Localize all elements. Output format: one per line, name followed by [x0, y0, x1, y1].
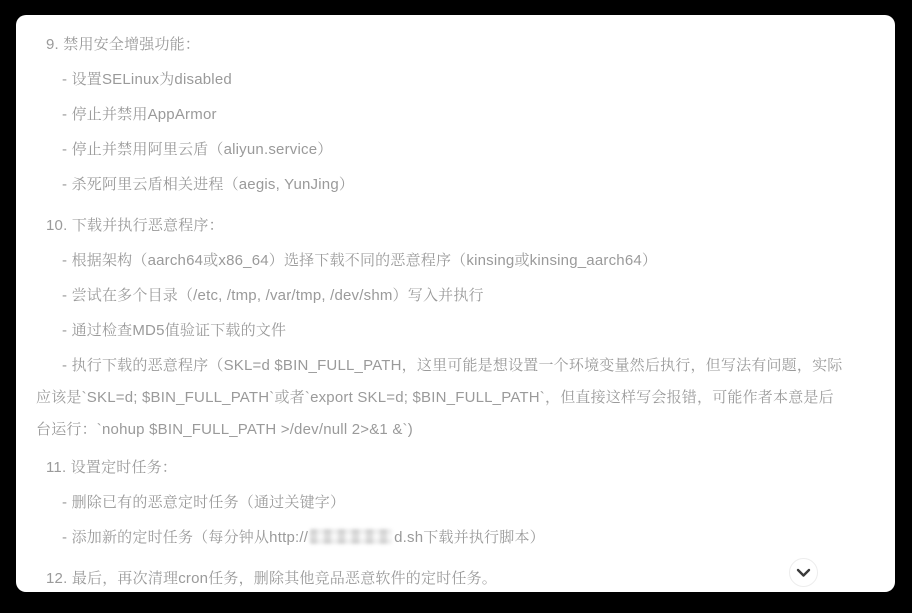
chevron-down-icon [796, 568, 811, 578]
text-line: 12. 最后，再次清理cron任务，删除其他竞品恶意软件的定时任务。 [46, 568, 881, 589]
text-line: - 杀死阿里云盾相关进程（aegis, YunJing） [62, 174, 881, 195]
redacted-line-prefix: - 添加新的定时任务（每分钟从http:// [62, 529, 308, 546]
text-line: - 执行下载的恶意程序（SKL=d $BIN_FULL_PATH，这里可能是想设… [36, 355, 881, 376]
text-line: - 设置SELinux为disabled [62, 69, 881, 90]
text-line: 11. 设置定时任务： [46, 457, 881, 478]
text-line: - 尝试在多个目录（/etc, /tmp, /var/tmp, /dev/shm… [62, 285, 881, 306]
text-line: 10. 下载并执行恶意程序： [46, 215, 881, 236]
text-line: - 停止并禁用AppArmor [62, 104, 881, 125]
text-line: - 删除已有的恶意定时任务（通过关键字） [62, 492, 881, 513]
redacted-url-blur [310, 529, 392, 544]
text-line: 9. 禁用安全增强功能： [46, 34, 881, 55]
text-line: - 通过检查MD5值验证下载的文件 [62, 320, 881, 341]
content-card: 9. 禁用安全增强功能：- 设置SELinux为disabled- 停止并禁用A… [16, 15, 895, 592]
text-line: 台运行：`nohup $BIN_FULL_PATH >/dev/null 2>&… [36, 419, 881, 440]
scroll-to-bottom-button[interactable] [789, 558, 818, 587]
text-line: - 添加新的定时任务（每分钟从http://d.sh下载并执行脚本） [62, 527, 881, 548]
text-line: - 停止并禁用阿里云盾（aliyun.service） [62, 139, 881, 160]
redacted-line-suffix: d.sh下载并执行脚本） [394, 529, 545, 546]
text-line: 应该是`SKL=d; $BIN_FULL_PATH`或者`export SKL=… [36, 387, 881, 408]
document-text: 9. 禁用安全增强功能：- 设置SELinux为disabled- 停止并禁用A… [16, 15, 895, 592]
text-line: - 根据架构（aarch64或x86_64）选择下载不同的恶意程序（kinsin… [62, 250, 881, 271]
